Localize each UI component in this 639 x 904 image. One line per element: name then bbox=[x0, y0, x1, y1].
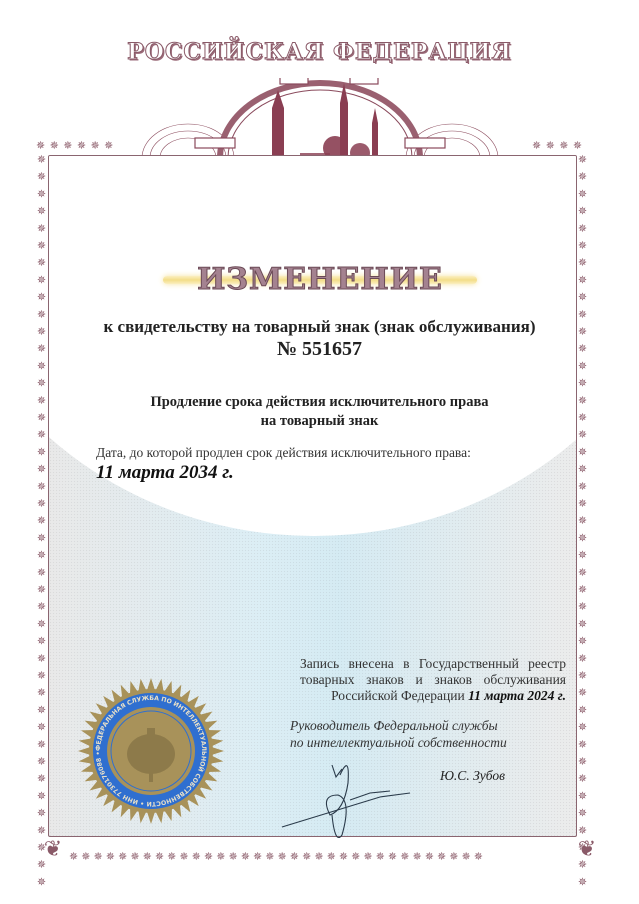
border-stars-right: ✵✵✵✵✵✵✵✵✵✵✵✵✵✵✵✵✵✵✵✵✵✵✵✵✵✵✵✵✵✵✵✵✵✵✵✵✵✵✵✵… bbox=[577, 153, 588, 893]
section-title-line2: на товарный знак bbox=[60, 412, 579, 431]
border-stars-top-left: ✵✵✵✵✵✵ bbox=[36, 140, 118, 151]
extension-date-value: 11 марта 2034 г. bbox=[96, 462, 234, 484]
subtitle-text: к свидетельству на товарный знак (знак о… bbox=[60, 315, 579, 338]
border-stars-top-right: ✵✵✵✵ bbox=[532, 140, 586, 151]
header-title: РОССИЙСКАЯ ФЕДЕРАЦИЯ bbox=[0, 39, 639, 65]
extension-date-label: Дата, до которой продлен срок действия и… bbox=[96, 445, 471, 461]
corner-ornament-icon: ❦ bbox=[574, 838, 600, 862]
section-title: Продление срока действия исключительного… bbox=[60, 393, 579, 431]
border-stars-bottom: ✵✵✵✵✵✵✵✵✵✵✵✵✵✵✵✵✵✵✵✵✵✵✵✵✵✵✵✵✵✵✵✵✵✵ bbox=[69, 851, 486, 862]
corner-ornament-icon: ❦ bbox=[40, 838, 66, 862]
signatory-position: Руководитель Федеральной службы по интел… bbox=[290, 717, 507, 751]
signatory-position-line1: Руководитель Федеральной службы bbox=[290, 717, 507, 734]
signatory-name: Ю.С. Зубов bbox=[440, 768, 505, 784]
border-stars-left: ✵✵✵✵✵✵✵✵✵✵✵✵✵✵✵✵✵✵✵✵✵✵✵✵✵✵✵✵✵✵✵✵✵✵✵✵✵✵✵✵… bbox=[36, 153, 47, 893]
certificate-number: № 551657 bbox=[60, 338, 579, 361]
registry-date: 11 марта 2024 г. bbox=[468, 688, 566, 703]
document-title: ИЗМЕНЕНИЕ bbox=[150, 262, 490, 297]
document-subtitle: к свидетельству на товарный знак (знак о… bbox=[60, 315, 579, 361]
rospatent-seal-icon: ФЕДЕРАЛЬНАЯ СЛУЖБА ПО ИНТЕЛЛЕКТУАЛЬНОЙ С… bbox=[76, 676, 226, 826]
registry-entry: Запись внесена в Государственный реестр … bbox=[300, 656, 566, 704]
signature-icon bbox=[280, 755, 440, 845]
section-title-line1: Продление срока действия исключительного… bbox=[60, 393, 579, 412]
signatory-position-line2: по интеллектуальной собственности bbox=[290, 734, 507, 751]
